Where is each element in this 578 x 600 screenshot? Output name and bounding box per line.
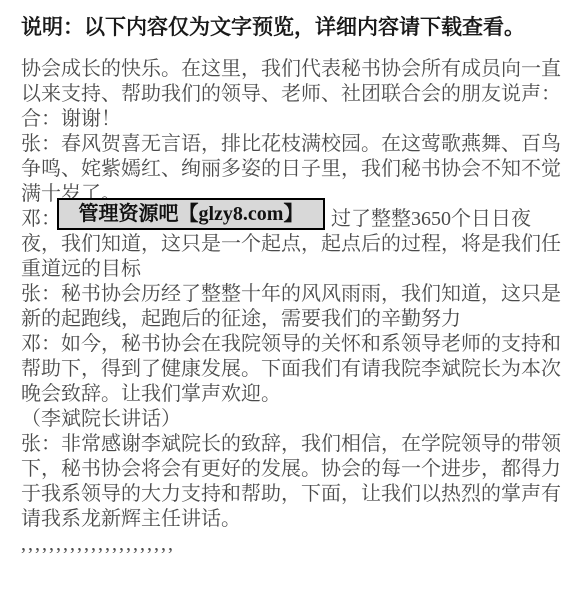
speaker-prefix: 邓： bbox=[21, 208, 61, 230]
text-line: 帮助下，得到了健康发展。下面我们有请我院李斌院长为本次 bbox=[21, 357, 566, 382]
text-line: 邓：如今，秘书协会在我院领导的关怀和系领导老师的支持和 bbox=[21, 332, 566, 357]
document-body: 协会成长的快乐。在这里，我们代表秘书协会所有成员向一直 以来支持、帮助我们的领导… bbox=[21, 57, 566, 557]
text-line: 张：非常感谢李斌院长的致辞，我们相信，在学院领导的带领 bbox=[21, 432, 566, 457]
text-line: 以来支持、帮助我们的领导、老师、社团联合会的朋友说声： bbox=[21, 82, 566, 107]
text-line: 争鸣、姹紫嫣红、绚丽多姿的日子里，我们秘书协会不知不觉 bbox=[21, 157, 566, 182]
preview-notice-heading: 说明：以下内容仅为文字预览，详细内容请下载查看。 bbox=[21, 13, 525, 41]
text-line: 张：春风贺喜无言语，排比花枝满校园。在这莺歌燕舞、百鸟 bbox=[21, 132, 566, 157]
text-line: 于我系领导的大力支持和帮助，下面，让我们以热烈的掌声有 bbox=[21, 482, 566, 507]
ellipsis-line: ,,,,,,,,,,,,,,,,,,,,,, bbox=[21, 532, 566, 557]
watermark-badge: 管理资源吧【glzy8.com】 bbox=[57, 198, 325, 230]
text-line: （李斌院长讲话） bbox=[21, 407, 566, 432]
text-line: 夜，我们知道，这只是一个起点，起点后的过程，将是我们任 bbox=[21, 232, 566, 257]
text-line: 协会成长的快乐。在这里，我们代表秘书协会所有成员向一直 bbox=[21, 57, 566, 82]
text-line: 新的起跑线，起跑后的征途，需要我们的辛勤努力 bbox=[21, 307, 566, 332]
text-line: 晚会致辞。让我们掌声欢迎。 bbox=[21, 382, 566, 407]
line-remainder: 过了整整3650个日日夜 bbox=[331, 208, 531, 230]
text-line: 请我系龙新辉主任讲话。 bbox=[21, 507, 566, 532]
text-line: 合：谢谢！ bbox=[21, 107, 566, 132]
document-preview-page: 说明：以下内容仅为文字预览，详细内容请下载查看。 协会成长的快乐。在这里，我们代… bbox=[0, 0, 578, 600]
text-line: 下，秘书协会将会有更好的发展。协会的每一个进步，都得力 bbox=[21, 457, 566, 482]
text-line: 重道远的目标 bbox=[21, 257, 566, 282]
text-line: 张：秘书协会历经了整整十年的风风雨雨，我们知道，这只是 bbox=[21, 282, 566, 307]
